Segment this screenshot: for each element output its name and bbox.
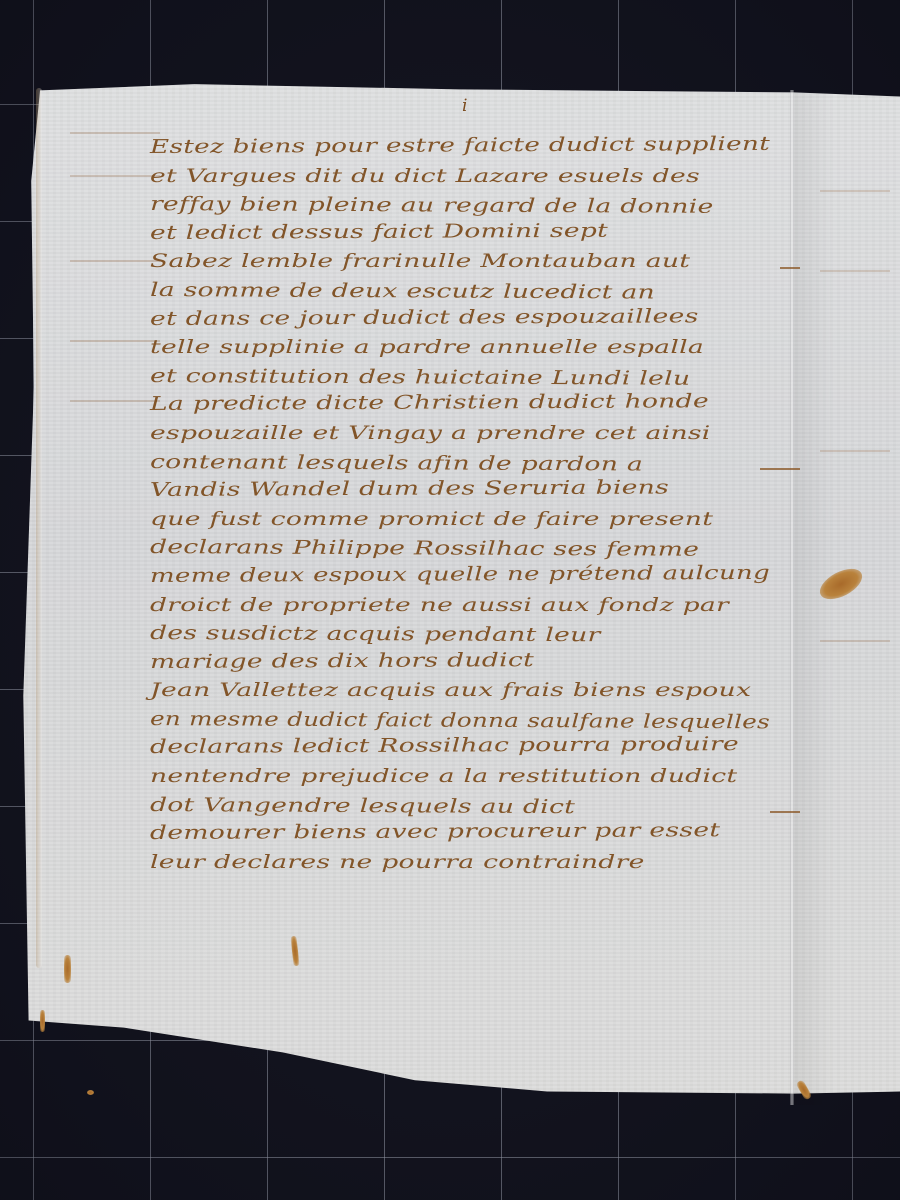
manuscript-line: dot Vangendre lesquels au dict xyxy=(150,794,800,823)
bleed-through-line xyxy=(820,450,890,452)
bleed-through-line xyxy=(70,260,160,262)
manuscript-line: que fust comme promict de faire present xyxy=(150,508,800,537)
manuscript-line: et Vargues dit du dict Lazare esuels des xyxy=(150,165,800,194)
bleed-through-line xyxy=(820,270,890,272)
manuscript-line: mariage des dix hors dudict xyxy=(150,651,800,680)
manuscript-line: demourer biens avec procureur par esset xyxy=(150,822,800,851)
manuscript-line: La predicte dicte Christien dudict honde xyxy=(150,393,800,422)
manuscript-line: droict de propriete ne aussi aux fondz p… xyxy=(150,594,800,623)
manuscript-line: reffay bien pleine au regard de la donni… xyxy=(150,193,800,222)
manuscript-line: et constitution des huictaine Lundi lelu xyxy=(150,365,800,394)
manuscript-line: contenant lesquels afin de pardon a xyxy=(150,451,800,480)
folio-number: i xyxy=(462,96,467,116)
manuscript-line: declarans ledict Rossilhac pourra produi… xyxy=(150,736,800,765)
manuscript-line: et ledict dessus faict Domini sept xyxy=(150,222,800,251)
ink-drip-stain xyxy=(40,1010,45,1032)
bleed-through-line xyxy=(70,132,160,134)
ink-speck-stain xyxy=(87,1090,94,1095)
manuscript-line: leur declares ne pourra contraindre xyxy=(150,851,800,880)
manuscript-line: espouzaille et Vingay a prendre cet ains… xyxy=(150,422,800,451)
ink-drip-stain xyxy=(64,955,71,983)
manuscript-line: declarans Philippe Rossilhac ses femme xyxy=(150,536,800,565)
handwritten-text-block: Estez biens pour estre faicte dudict sup… xyxy=(150,136,800,879)
manuscript-line: Vandis Wandel dum des Seruria biens xyxy=(150,479,800,508)
bleed-through-line xyxy=(70,400,160,402)
manuscript-line: la somme de deux escutz lucedict an xyxy=(150,279,800,308)
bleed-through-line xyxy=(70,175,160,177)
manuscript-line: et dans ce jour dudict des espouzaillees xyxy=(150,308,800,337)
manuscript-line: des susdictz acquis pendant leur xyxy=(150,622,800,651)
bleed-through-line xyxy=(820,640,890,642)
paper-left-edge-wear xyxy=(36,88,42,968)
manuscript-line: Jean Vallettez acquis aux frais biens es… xyxy=(150,679,800,708)
manuscript-line: Estez biens pour estre faicte dudict sup… xyxy=(150,136,800,165)
manuscript-line: telle supplinie a pardre annuelle espall… xyxy=(150,336,800,365)
manuscript-line: en mesme dudict faict donna saulfane les… xyxy=(150,708,800,737)
bleed-through-line xyxy=(820,190,890,192)
manuscript-line: meme deux espoux quelle ne prétend aulcu… xyxy=(150,565,800,594)
bleed-through-line xyxy=(70,340,160,342)
manuscript-line: nentendre prejudice a la restitution dud… xyxy=(150,765,800,794)
manuscript-line: Sabez lemble frarinulle Montauban aut xyxy=(150,250,800,279)
